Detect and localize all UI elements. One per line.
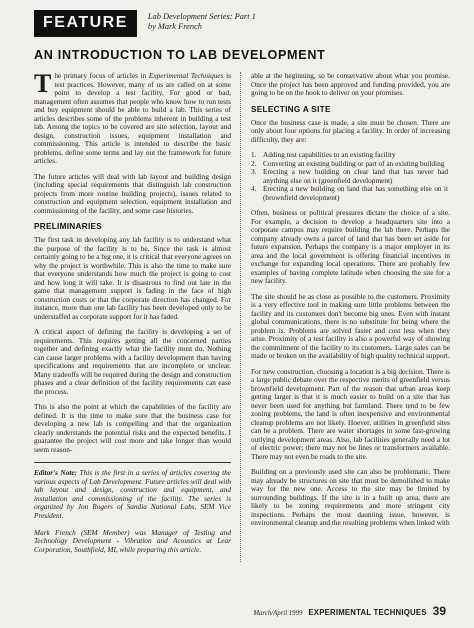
list-item-number: 3. xyxy=(251,168,263,185)
editors-note-divider xyxy=(34,462,231,463)
article-page: FEATURE Lab Development Series: Part 1 b… xyxy=(0,0,474,562)
paragraph: Once the business case is made, a site m… xyxy=(251,119,450,145)
drop-cap: T xyxy=(34,72,54,94)
paragraph: The first task in developing any lab fac… xyxy=(34,236,231,321)
article-title: AN INTRODUCTION TO LAB DEVELOPMENT xyxy=(34,48,450,62)
site-options-list: 1. Adding test capabilities to an existi… xyxy=(251,151,450,202)
feature-banner: FEATURE xyxy=(34,10,137,37)
paragraph: The primary focus of articles in Experim… xyxy=(34,72,231,166)
author-bio: Mark French (SEM Member) was Manager of … xyxy=(34,529,231,555)
series-title: Lab Development Series: Part 1 xyxy=(148,12,256,22)
paragraph: able at the beginning, so be conservativ… xyxy=(251,72,450,98)
list-item: 4. Erecting a new building on land that … xyxy=(251,185,450,202)
paragraph: The future articles will deal with lab l… xyxy=(34,173,231,216)
paragraph: This is also the point at which the capa… xyxy=(34,403,231,454)
masthead: FEATURE Lab Development Series: Part 1 b… xyxy=(34,10,450,37)
list-item-number: 4. xyxy=(251,185,263,202)
editors-note: Editor's Note: This is the first in a se… xyxy=(34,469,231,521)
page-footer: March/April 1999 EXPERIMENTAL TECHNIQUES… xyxy=(253,604,446,618)
paragraph: Building on a previously used site can a… xyxy=(251,468,450,528)
paragraph: Often, business or political pressures d… xyxy=(251,209,450,286)
section-heading-selecting-a-site: SELECTING A SITE xyxy=(251,105,450,114)
footer-page-number: 39 xyxy=(433,604,446,618)
list-item-text: Erecting a new building on land that has… xyxy=(263,185,450,202)
footer-journal-name: EXPERIMENTAL TECHNIQUES xyxy=(308,608,426,617)
paragraph: A critical aspect of defining the facili… xyxy=(34,328,231,396)
article-body: The primary focus of articles in Experim… xyxy=(34,72,450,562)
footer-issue-date: March/April 1999 xyxy=(253,610,302,617)
right-column: able at the beginning, so be conservativ… xyxy=(240,72,450,562)
series-byline: Lab Development Series: Part 1 by Mark F… xyxy=(148,10,256,32)
paragraph: For new construction, choosing a locatio… xyxy=(251,368,450,462)
byline: by Mark French xyxy=(148,22,256,32)
left-column: The primary focus of articles in Experim… xyxy=(34,72,240,562)
list-item: 3. Erecting a new building on clear land… xyxy=(251,168,450,185)
section-heading-preliminaries: PRELIMINARIES xyxy=(34,222,231,231)
list-item-text: Erecting a new building on clear land th… xyxy=(263,168,450,185)
paragraph: The site should be as close as possible … xyxy=(251,293,450,361)
